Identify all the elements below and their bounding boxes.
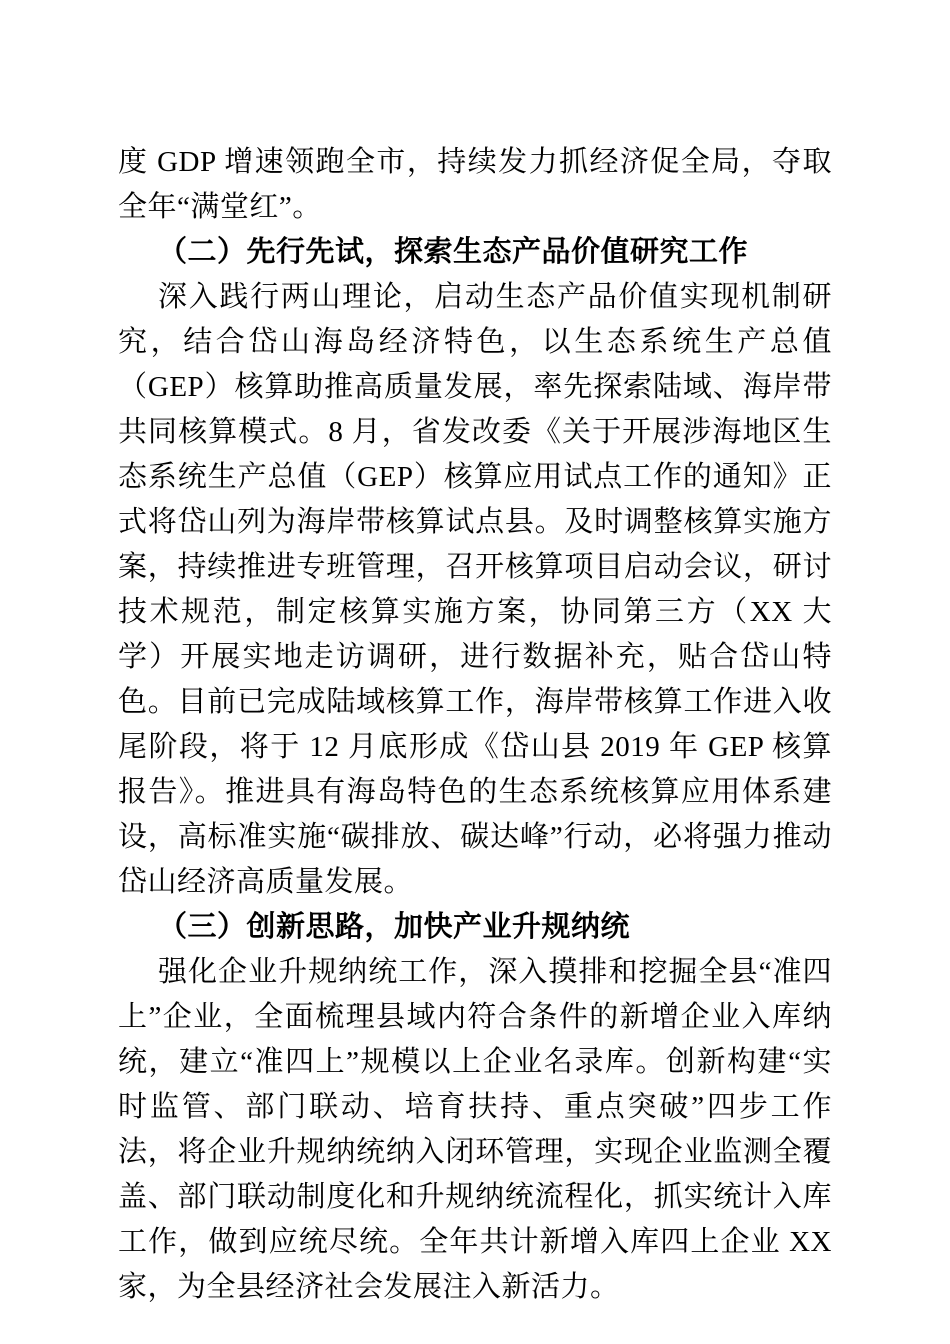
- paragraph-gep-accounting: 深入践行两山理论，启动生态产品价值实现机制研究，结合岱山海岛经济特色，以生态系统…: [118, 275, 832, 905]
- paragraph-continuation: 度 GDP 增速领跑全市，持续发力抓经济促全局，夺取全年“满堂红”。: [118, 140, 832, 230]
- document-body: 度 GDP 增速领跑全市，持续发力抓经济促全局，夺取全年“满堂红”。 （二）先行…: [118, 140, 832, 1310]
- paragraph-enterprise-statistics: 强化企业升规纳统工作，深入摸排和挖掘全县“准四上”企业，全面梳理县域内符合条件的…: [118, 950, 832, 1310]
- section-heading-three: （三）创新思路，加快产业升规纳统: [118, 905, 832, 950]
- document-page: 度 GDP 增速领跑全市，持续发力抓经济促全局，夺取全年“满堂红”。 （二）先行…: [0, 0, 950, 1344]
- section-heading-two: （二）先行先试，探索生态产品价值研究工作: [118, 230, 832, 275]
